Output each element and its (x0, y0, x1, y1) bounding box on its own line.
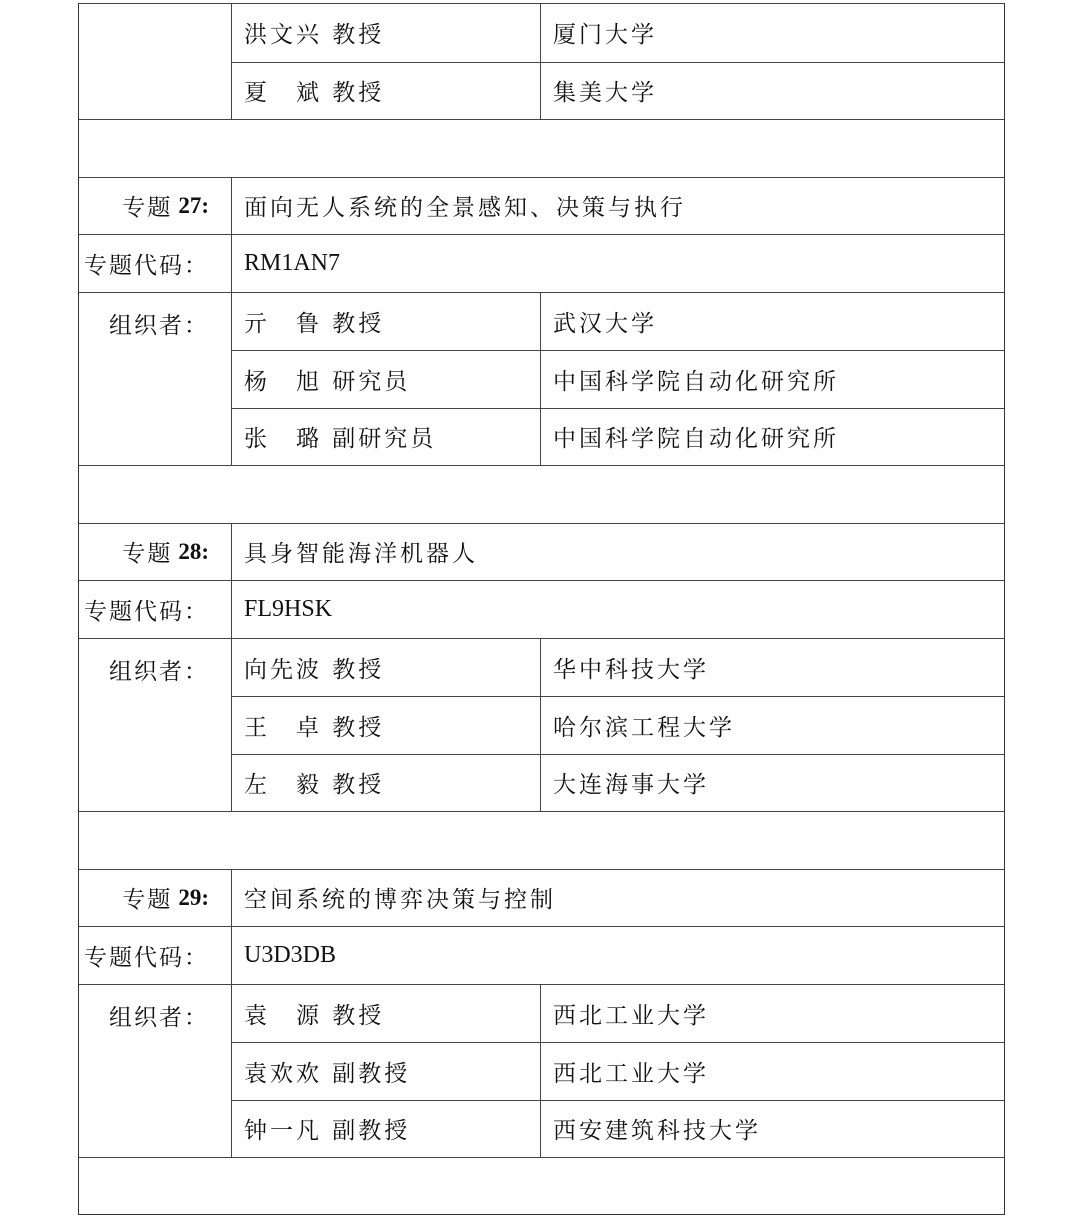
organizer-affiliation: 西北工业大学 (541, 1043, 1004, 1100)
organizer-block: 组织者： 向先波 教授 华中科技大学 王 卓 教授 哈尔滨工程大学 左 毅 教授… (79, 638, 1004, 812)
topic-number-label: 专题27: (79, 178, 232, 235)
topic-code: U3D3DB (232, 927, 1004, 984)
organizer-block: 组织者： 亓 鲁 教授 武汉大学 杨 旭 研究员 中国科学院自动化研究所 张 璐… (79, 292, 1004, 466)
topic-code: RM1AN7 (232, 235, 1004, 292)
organizer-row: 袁 源 教授 西北工业大学 (232, 985, 1004, 1043)
organizer-affiliation: 西北工业大学 (541, 985, 1004, 1043)
organizer-label: 组织者： (79, 293, 232, 466)
spacer-row (79, 119, 1004, 177)
organizer-row: 向先波 教授 华中科技大学 (232, 639, 1004, 697)
topic-title-row: 专题28: 具身智能海洋机器人 (79, 523, 1004, 581)
organizer-row: 亓 鲁 教授 武汉大学 (232, 293, 1004, 351)
organizer-name: 王 卓 教授 (232, 697, 541, 754)
organizer-affiliation: 集美大学 (541, 63, 1004, 120)
organizer-name: 袁 源 教授 (232, 985, 541, 1043)
topic-title-row: 专题29: 空间系统的博弈决策与控制 (79, 869, 1004, 927)
organizer-label-empty (79, 4, 232, 119)
continued-organizer-block: 洪文兴 教授 厦门大学 夏 斌 教授 集美大学 (79, 3, 1004, 119)
organizer-name: 亓 鲁 教授 (232, 293, 541, 351)
topic-code-row: 专题代码： FL9HSK (79, 580, 1004, 638)
spacer-row (79, 811, 1004, 869)
organizer-name: 袁欢欢 副教授 (232, 1043, 541, 1100)
organizer-row: 左 毅 教授 大连海事大学 (232, 754, 1004, 812)
organizer-affiliation: 厦门大学 (541, 4, 1004, 62)
topic-code-label: 专题代码： (79, 235, 232, 292)
topic-title-row: 专题27: 面向无人系统的全景感知、决策与执行 (79, 177, 1004, 235)
organizer-affiliation: 大连海事大学 (541, 755, 1004, 812)
organizer-affiliation: 中国科学院自动化研究所 (541, 351, 1004, 408)
organizer-name: 杨 旭 研究员 (232, 351, 541, 408)
organizer-row: 袁欢欢 副教授 西北工业大学 (232, 1042, 1004, 1100)
organizer-name: 钟一凡 副教授 (232, 1101, 541, 1158)
topic-title: 面向无人系统的全景感知、决策与执行 (232, 178, 1004, 235)
topic-title: 具身智能海洋机器人 (232, 524, 1004, 581)
topic-code: FL9HSK (232, 581, 1004, 638)
organizer-row: 王 卓 教授 哈尔滨工程大学 (232, 696, 1004, 754)
organizer-affiliation: 中国科学院自动化研究所 (541, 409, 1004, 466)
organizer-label: 组织者： (79, 985, 232, 1158)
organizer-row: 洪文兴 教授 厦门大学 (232, 4, 1004, 62)
organizer-row: 杨 旭 研究员 中国科学院自动化研究所 (232, 350, 1004, 408)
organizer-label: 组织者： (79, 639, 232, 812)
organizer-affiliation: 武汉大学 (541, 293, 1004, 351)
topic-code-label: 专题代码： (79, 927, 232, 984)
organizer-affiliation: 华中科技大学 (541, 639, 1004, 697)
organizer-affiliation: 西安建筑科技大学 (541, 1101, 1004, 1158)
topic-number-label: 专题29: (79, 870, 232, 927)
organizer-row: 夏 斌 教授 集美大学 (232, 62, 1004, 120)
organizer-name: 夏 斌 教授 (232, 63, 541, 120)
organizer-name: 张 璐 副研究员 (232, 409, 541, 466)
topic-code-row: 专题代码： RM1AN7 (79, 234, 1004, 292)
topic-code-label: 专题代码： (79, 581, 232, 638)
organizer-affiliation: 哈尔滨工程大学 (541, 697, 1004, 754)
organizer-name: 向先波 教授 (232, 639, 541, 697)
topic-number-label: 专题28: (79, 524, 232, 581)
organizer-name: 洪文兴 教授 (232, 4, 541, 62)
topics-table: 洪文兴 教授 厦门大学 夏 斌 教授 集美大学 专题27: 面向无人系统的全景感… (78, 3, 1005, 1215)
spacer-row (79, 1157, 1004, 1215)
organizer-block: 组织者： 袁 源 教授 西北工业大学 袁欢欢 副教授 西北工业大学 钟一凡 副教… (79, 984, 1004, 1158)
spacer-row (79, 465, 1004, 523)
organizer-name: 左 毅 教授 (232, 755, 541, 812)
topic-title: 空间系统的博弈决策与控制 (232, 870, 1004, 927)
topic-code-row: 专题代码： U3D3DB (79, 926, 1004, 984)
organizer-row: 钟一凡 副教授 西安建筑科技大学 (232, 1100, 1004, 1158)
organizer-row: 张 璐 副研究员 中国科学院自动化研究所 (232, 408, 1004, 466)
